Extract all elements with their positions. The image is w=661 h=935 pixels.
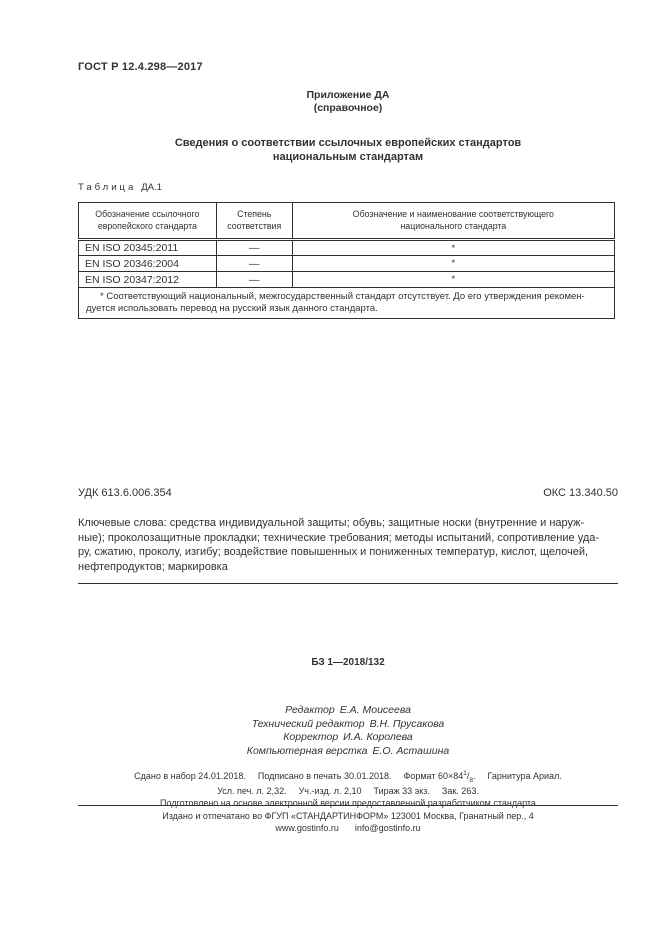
imprint-set-date: Сдано в набор 24.01.2018. [134,771,246,781]
cell-national: * [292,272,614,288]
publisher-email: info@gostinfo.ru [355,823,421,833]
conformity-table: Обозначение ссылочного европейского стан… [78,202,615,319]
imprint-printed-sheets: Усл. печ. л. 2,32. [217,786,286,796]
credits-line: Технический редакторВ.Н. Прусакова [78,718,618,732]
publisher-contacts: www.gostinfo.ruinfo@gostinfo.ru [78,823,618,835]
annex-heading: Приложение ДА (справочное) [78,89,618,115]
credit-name: Е.А. Моисеева [340,704,411,716]
divider-rule [78,805,618,806]
cell-national: * [292,240,614,256]
table-caption-label: Таблица [78,182,136,193]
credits-line: КорректорИ.А. Королева [78,731,618,745]
credit-role: Технический редактор [252,718,365,730]
cell-standard: EN ISO 20347:2012 [79,272,217,288]
cell-standard: EN ISO 20345:2011 [79,240,217,256]
cell-degree: — [216,256,292,272]
section-title: Сведения о соответствии ссылочных европе… [78,136,618,164]
classification-codes: УДК 613.6.006.354 ОКС 13.340.50 [78,487,618,499]
edition-code: БЗ 1—2018/132 [78,657,618,668]
table-row: EN ISO 20347:2012 — * [79,272,615,288]
imprint-print-date: Подписано в печать 30.01.2018. [258,771,392,781]
divider-rule [78,583,618,584]
imprint-typeface: Гарнитура Ариал. [488,771,562,781]
credit-role: Редактор [285,704,335,716]
publisher-line: Издано и отпечатано во ФГУП «СТАНДАРТИНФ… [78,811,618,823]
doc-number: ГОСТ Р 12.4.298—2017 [78,61,203,73]
table-caption: ТаблицаДА.1 [78,182,162,193]
imprint-publisher-sheets: Уч.-изд. л. 2,10 [299,786,362,796]
udk-code: УДК 613.6.006.354 [78,487,172,499]
table-footnote: * Соответствующий национальный, межгосуд… [79,288,615,319]
credit-name: И.А. Королева [343,731,413,743]
credits-line: РедакторЕ.А. Моисеева [78,704,618,718]
table-caption-number: ДА.1 [141,182,162,193]
cell-standard: EN ISO 20346:2004 [79,256,217,272]
table-header-national-standard: Обозначение и наименование соответствующ… [292,203,614,240]
publisher-block: Издано и отпечатано во ФГУП «СТАНДАРТИНФ… [78,811,618,834]
imprint-format: Формат 60×841/8. [403,771,475,781]
annex-title: Приложение ДА [78,89,618,102]
imprint-block: Сдано в набор 24.01.2018.Подписано в печ… [78,768,618,809]
footnote-text: * Соответствующий национальный, межгосуд… [86,291,607,314]
table-header-reference-standard: Обозначение ссылочного европейского стан… [79,203,217,240]
table-row: EN ISO 20346:2004 — * [79,256,615,272]
cell-national: * [292,256,614,272]
credit-role: Корректор [283,731,338,743]
imprint-order: Зак. 263. [442,786,479,796]
publisher-website: www.gostinfo.ru [275,823,339,833]
oks-code: ОКС 13.340.50 [543,487,618,499]
table-row: EN ISO 20345:2011 — * [79,240,615,256]
credits-line: Компьютерная версткаЕ.О. Асташина [78,745,618,759]
credits-block: РедакторЕ.А. Моисеева Технический редакт… [78,704,618,759]
credit-name: В.Н. Прусакова [370,718,445,730]
credit-role: Компьютерная верстка [247,745,368,757]
document-page: ГОСТ Р 12.4.298—2017 Приложение ДА (спра… [0,0,661,935]
cell-degree: — [216,240,292,256]
keywords-paragraph: Ключевые слова: средства индивидуальной … [78,516,620,574]
table-header-degree: Степень соответствия [216,203,292,240]
table-footnote-row: * Соответствующий национальный, межгосуд… [79,288,615,319]
annex-type: (справочное) [78,102,618,115]
cell-degree: — [216,272,292,288]
table-header-row: Обозначение ссылочного европейского стан… [79,203,615,240]
imprint-circulation: Тираж 33 экз. [373,786,429,796]
imprint-prepared-note: Подготовлено на основе электронной верси… [78,798,618,809]
imprint-line: Сдано в набор 24.01.2018.Подписано в печ… [78,768,618,786]
credit-name: Е.О. Асташина [373,745,450,757]
imprint-line: Усл. печ. л. 2,32.Уч.-изд. л. 2,10Тираж … [78,786,618,797]
